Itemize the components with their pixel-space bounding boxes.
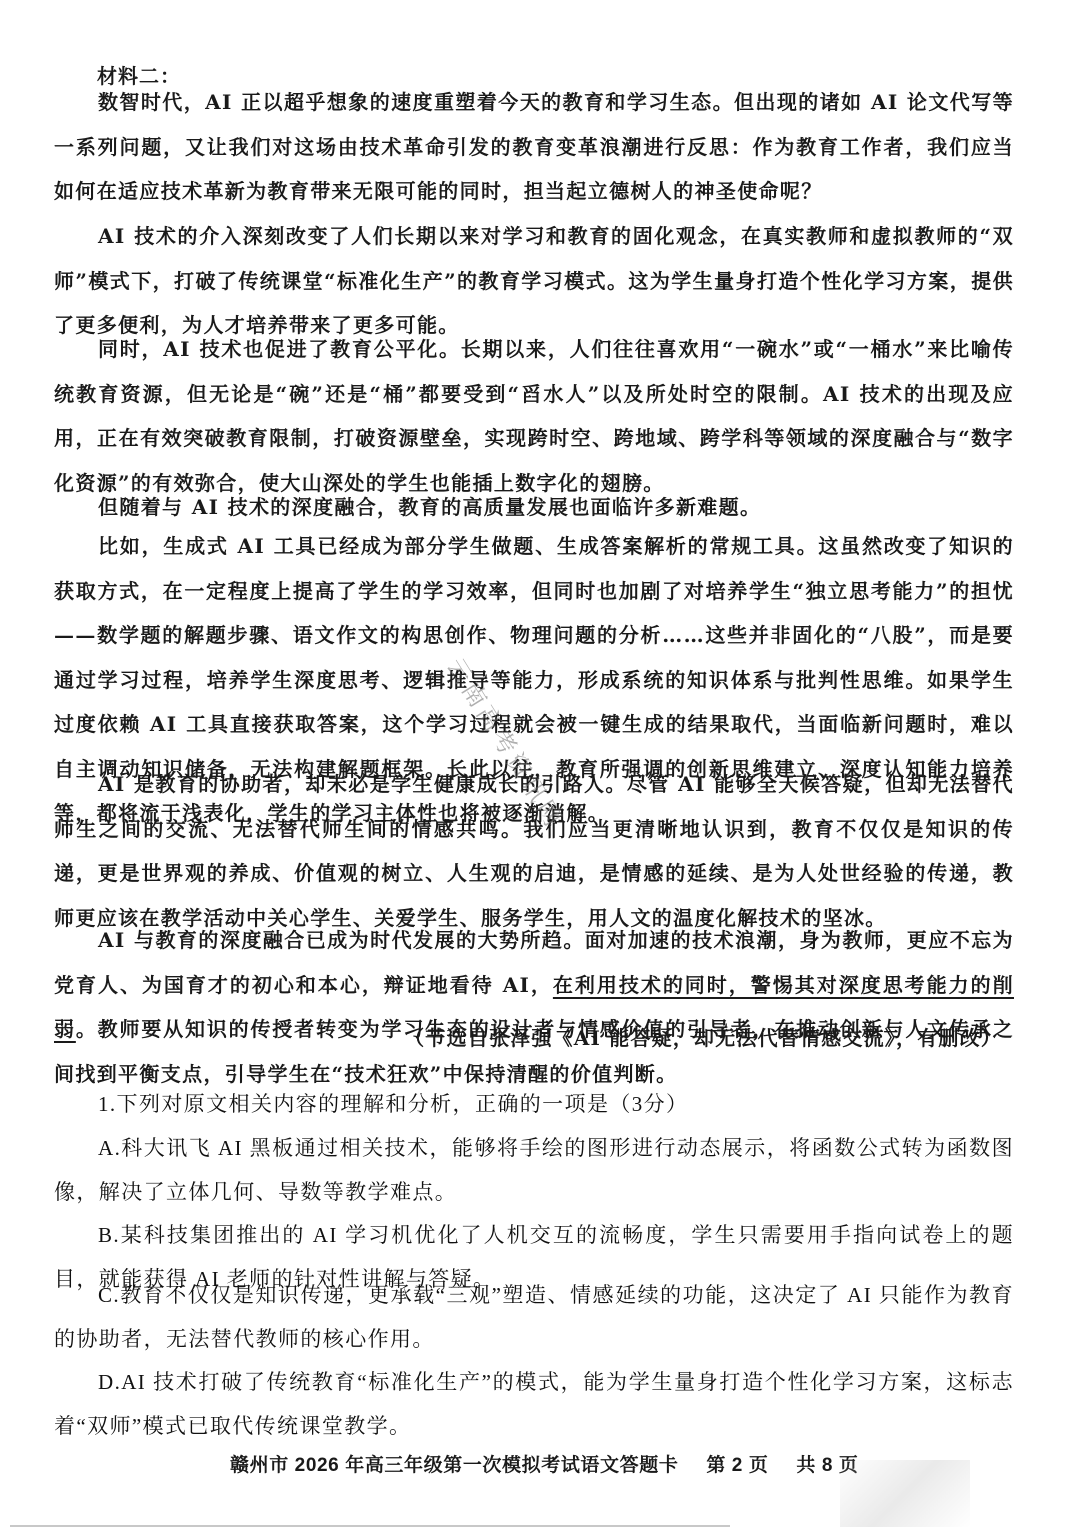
exam-title: 赣州市 2026 年高三年级第一次模拟考试语文答题卡 <box>230 1455 678 1476</box>
question-stem: 1.下列对原文相关内容的理解和分析，正确的一项是（3分） <box>54 1082 1014 1126</box>
paragraph-3: 同时，AI 技术也促进了教育公平化。长期以来，人们往往喜欢用“一碗水”或“一桶水… <box>54 327 1014 505</box>
source-citation: （节选自张泽强《AI 能答疑，却无法代替情感交流》，有删改） <box>404 1022 1002 1051</box>
exam-page: 材料二： 数智时代，AI 正以超乎想象的速度重塑着今天的教育和学习生态。但出现的… <box>0 0 1080 1527</box>
option-d: D.AI 技术打破了传统教育“标准化生产”的模式，能为学生量身打造个性化学习方案… <box>54 1360 1014 1448</box>
paragraph-4: 但随着与 AI 技术的深度融合，教育的高质量发展也面临许多新难题。 <box>54 485 1014 530</box>
paragraph-7: AI 与教育的深度融合已成为时代发展的大势所趋。面对加速的技术浪潮，身为教师，更… <box>54 918 1014 1096</box>
paragraph-1: 数智时代，AI 正以超乎想象的速度重塑着今天的教育和学习生态。但出现的诸如 AI… <box>54 80 1014 214</box>
option-a: A.科大讯飞 AI 黑板通过相关技术，能够将手绘的图形进行动态展示，将函数公式转… <box>54 1126 1014 1214</box>
page-footer: 赣州市 2026 年高三年级第一次模拟考试语文答题卡 第 2 页 共 8 页 <box>230 1450 880 1477</box>
fold-shadow <box>840 1460 970 1527</box>
page-number: 第 2 页 <box>706 1455 768 1476</box>
option-c: C.教育不仅仅是知识传递，更承载“三观”塑造、情感延续的功能，这决定了 AI 只… <box>54 1273 1014 1361</box>
